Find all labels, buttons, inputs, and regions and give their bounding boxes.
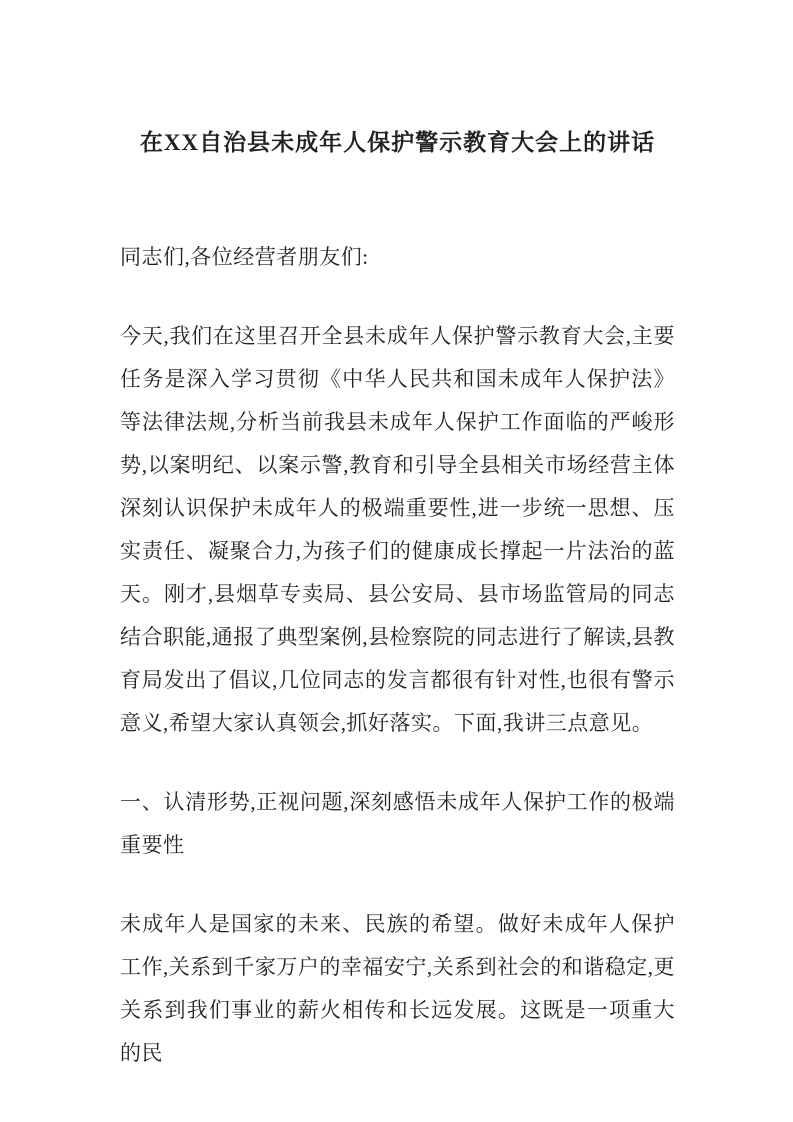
document-title: 在XX自治县未成年人保护警示教育大会上的讲话 <box>120 121 675 164</box>
paragraph-opening: 今天,我们在这里召开全县未成年人保护警示教育大会,主要任务是深入学习贯彻《中华人… <box>120 315 675 745</box>
section-heading-1: 一、认清形势,正视问题,深刻感悟未成年人保护工作的极端重要性 <box>120 781 675 867</box>
paragraph-section-1-body: 未成年人是国家的未来、民族的希望。做好未成年人保护工作,关系到千家万户的幸福安宁… <box>120 903 675 1075</box>
document-content: 在XX自治县未成年人保护警示教育大会上的讲话 同志们,各位经营者朋友们: 今天,… <box>0 121 793 1075</box>
document-page: 在XX自治县未成年人保护警示教育大会上的讲话 同志们,各位经营者朋友们: 今天,… <box>0 0 793 1122</box>
greeting-line: 同志们,各位经营者朋友们: <box>120 236 675 279</box>
